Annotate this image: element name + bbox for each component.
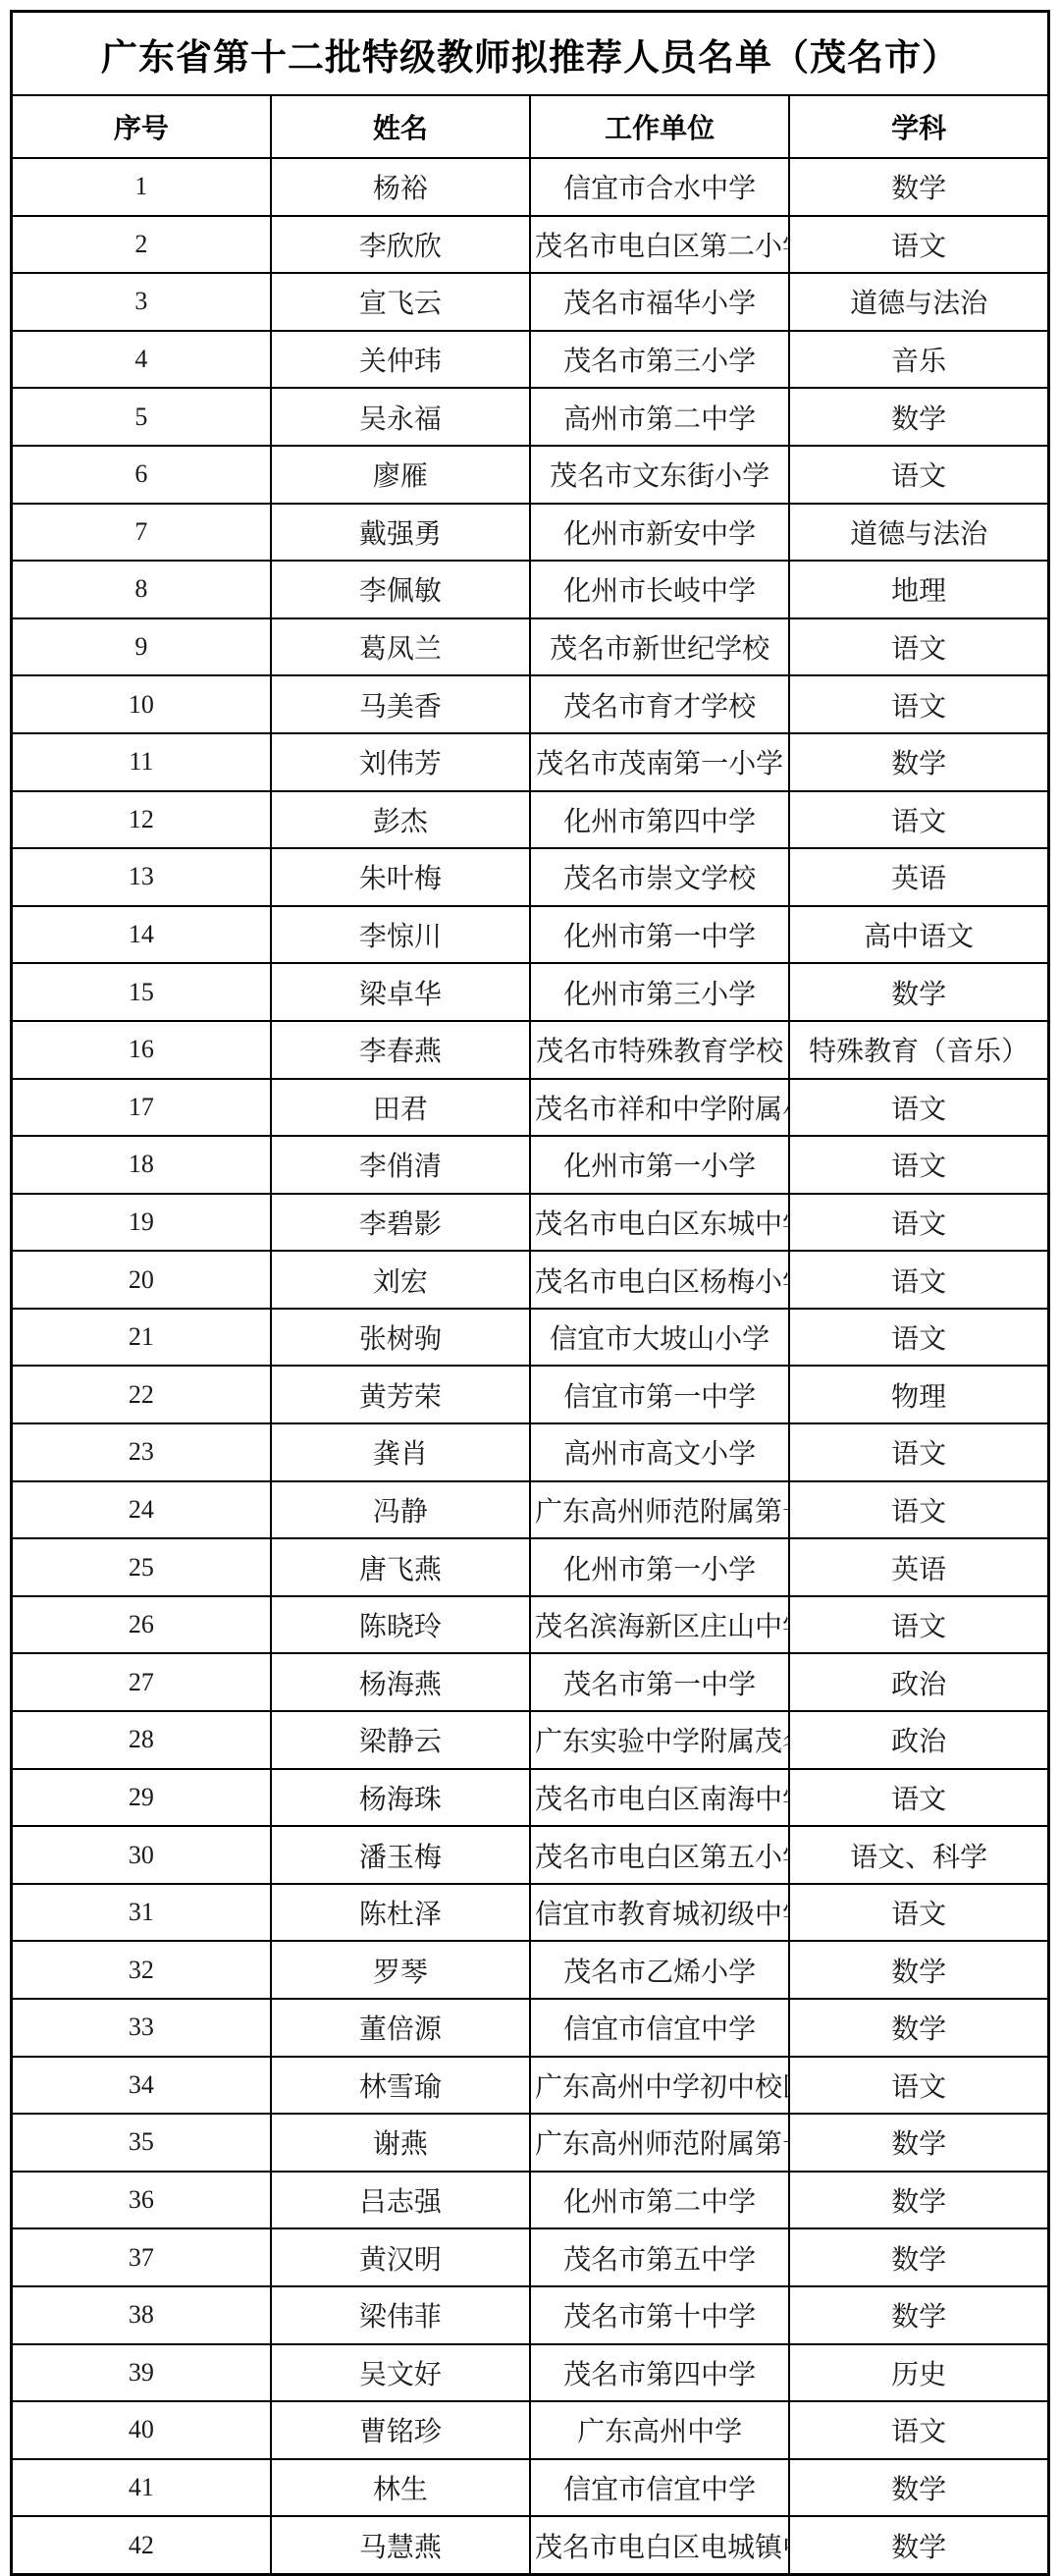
cell-work-unit: 信宜市信宜中学 [530, 2459, 789, 2517]
table-row: 15梁卓华化州市第三小学数学 [12, 963, 1049, 1021]
table-row: 5吴永福高州市第二中学数学 [12, 388, 1049, 446]
table-row: 19李碧影茂名市电白区东城中学语文 [12, 1194, 1049, 1252]
cell-serial: 39 [12, 2344, 271, 2402]
cell-name: 李佩敏 [271, 561, 530, 618]
cell-subject: 物理 [789, 1366, 1048, 1423]
cell-work-unit: 茂名市育才学校 [530, 675, 789, 733]
cell-serial: 13 [12, 848, 271, 906]
cell-serial: 2 [12, 216, 271, 274]
cell-name: 陈杜泽 [271, 1884, 530, 1942]
cell-subject: 数学 [789, 158, 1048, 216]
cell-subject: 语文 [789, 618, 1048, 676]
cell-serial: 41 [12, 2459, 271, 2517]
cell-work-unit: 信宜市合水中学 [530, 158, 789, 216]
cell-serial: 30 [12, 1826, 271, 1884]
table-row: 41林生信宜市信宜中学数学 [12, 2459, 1049, 2517]
cell-subject: 语文 [789, 2401, 1048, 2459]
cell-serial: 14 [12, 906, 271, 964]
cell-name: 谢燕 [271, 2114, 530, 2172]
cell-work-unit: 信宜市第一中学 [530, 1366, 789, 1423]
column-header-work-unit: 工作单位 [530, 95, 789, 158]
cell-name: 刘伟芳 [271, 733, 530, 791]
cell-name: 冯静 [271, 1481, 530, 1539]
cell-name: 梁卓华 [271, 963, 530, 1021]
cell-work-unit: 茂名市第三小学 [530, 331, 789, 389]
cell-serial: 1 [12, 158, 271, 216]
cell-work-unit: 茂名市第五中学 [530, 2228, 789, 2286]
cell-serial: 18 [12, 1136, 271, 1194]
cell-subject: 语文 [789, 2057, 1048, 2115]
cell-name: 黄芳荣 [271, 1366, 530, 1423]
cell-subject: 语文 [789, 675, 1048, 733]
table-row: 6廖雁茂名市文东街小学语文 [12, 446, 1049, 504]
cell-subject: 语文 [789, 446, 1048, 504]
cell-subject: 语文 [789, 216, 1048, 274]
cell-work-unit: 广东高州中学 [530, 2401, 789, 2459]
table-row: 34林雪瑜广东高州中学初中校区语文 [12, 2057, 1049, 2115]
cell-serial: 24 [12, 1481, 271, 1539]
cell-name: 戴强勇 [271, 504, 530, 562]
cell-name: 李惊川 [271, 906, 530, 964]
cell-name: 吴文好 [271, 2344, 530, 2402]
cell-serial: 8 [12, 561, 271, 618]
table-row: 28梁静云广东实验中学附属茂名学校政治 [12, 1711, 1049, 1769]
table-row: 17田君茂名市祥和中学附属小学语文 [12, 1079, 1049, 1137]
table-row: 7戴强勇化州市新安中学道德与法治 [12, 504, 1049, 562]
cell-subject: 语文 [789, 1136, 1048, 1194]
teacher-roster-table: 广东省第十二批特级教师拟推荐人员名单（茂名市） 序号姓名工作单位学科 1杨裕信宜… [10, 10, 1050, 2576]
cell-subject: 数学 [789, 963, 1048, 1021]
cell-serial: 34 [12, 2057, 271, 2115]
cell-subject: 政治 [789, 1711, 1048, 1769]
cell-subject: 数学 [789, 1999, 1048, 2057]
cell-serial: 38 [12, 2286, 271, 2344]
cell-serial: 21 [12, 1309, 271, 1367]
cell-work-unit: 化州市长岐中学 [530, 561, 789, 618]
cell-name: 廖雁 [271, 446, 530, 504]
cell-subject: 特殊教育（音乐） [789, 1021, 1048, 1079]
cell-serial: 3 [12, 273, 271, 331]
cell-serial: 31 [12, 1884, 271, 1942]
cell-name: 林生 [271, 2459, 530, 2517]
table-row: 38梁伟菲茂名市第十中学数学 [12, 2286, 1049, 2344]
cell-work-unit: 茂名市特殊教育学校 [530, 1021, 789, 1079]
table-row: 23龚肖高州市高文小学语文 [12, 1423, 1049, 1481]
cell-work-unit: 茂名市第十中学 [530, 2286, 789, 2344]
cell-name: 杨海燕 [271, 1653, 530, 1711]
cell-subject: 语文 [789, 791, 1048, 849]
table-row: 4关仲玮茂名市第三小学音乐 [12, 331, 1049, 389]
cell-name: 马慧燕 [271, 2516, 530, 2574]
cell-serial: 42 [12, 2516, 271, 2574]
cell-serial: 26 [12, 1596, 271, 1654]
cell-serial: 4 [12, 331, 271, 389]
page-title: 广东省第十二批特级教师拟推荐人员名单（茂名市） [12, 12, 1049, 96]
cell-subject: 数学 [789, 2172, 1048, 2229]
cell-name: 潘玉梅 [271, 1826, 530, 1884]
table-row: 27杨海燕茂名市第一中学政治 [12, 1653, 1049, 1711]
cell-name: 曹铭珍 [271, 2401, 530, 2459]
cell-work-unit: 广东高州师范附属第一小学 [530, 2114, 789, 2172]
cell-name: 李碧影 [271, 1194, 530, 1252]
table-row: 8李佩敏化州市长岐中学地理 [12, 561, 1049, 618]
cell-work-unit: 茂名市祥和中学附属小学 [530, 1079, 789, 1137]
cell-work-unit: 高州市高文小学 [530, 1423, 789, 1481]
cell-name: 彭杰 [271, 791, 530, 849]
cell-subject: 语文 [789, 1194, 1048, 1252]
table-row: 22黄芳荣信宜市第一中学物理 [12, 1366, 1049, 1423]
cell-work-unit: 茂名市第一中学 [530, 1653, 789, 1711]
cell-work-unit: 广东实验中学附属茂名学校 [530, 1711, 789, 1769]
cell-work-unit: 茂名市电白区第二小学 [530, 216, 789, 274]
cell-serial: 20 [12, 1251, 271, 1309]
table-row: 25唐飞燕化州市第一小学英语 [12, 1538, 1049, 1596]
table-row: 30潘玉梅茂名市电白区第五小学语文、科学 [12, 1826, 1049, 1884]
header-row: 序号姓名工作单位学科 [12, 95, 1049, 158]
table-row: 9葛凤兰茂名市新世纪学校语文 [12, 618, 1049, 676]
cell-subject: 音乐 [789, 331, 1048, 389]
table-row: 1杨裕信宜市合水中学数学 [12, 158, 1049, 216]
cell-name: 朱叶梅 [271, 848, 530, 906]
table-row: 16李春燕茂名市特殊教育学校特殊教育（音乐） [12, 1021, 1049, 1079]
cell-subject: 英语 [789, 1538, 1048, 1596]
cell-name: 杨裕 [271, 158, 530, 216]
cell-name: 田君 [271, 1079, 530, 1137]
cell-work-unit: 茂名市福华小学 [530, 273, 789, 331]
cell-work-unit: 高州市第二中学 [530, 388, 789, 446]
cell-work-unit: 茂名市电白区电城镇中心小学 [530, 2516, 789, 2574]
cell-name: 刘宏 [271, 1251, 530, 1309]
cell-subject: 数学 [789, 2286, 1048, 2344]
cell-work-unit: 化州市第一中学 [530, 906, 789, 964]
cell-work-unit: 信宜市大坡山小学 [530, 1309, 789, 1367]
table-row: 29杨海珠茂名市电白区南海中学语文 [12, 1769, 1049, 1827]
cell-work-unit: 茂名市第四中学 [530, 2344, 789, 2402]
cell-work-unit: 茂名市电白区东城中学 [530, 1194, 789, 1252]
table-row: 32罗琴茂名市乙烯小学数学 [12, 1941, 1049, 1999]
cell-subject: 语文 [789, 1769, 1048, 1827]
cell-work-unit: 化州市第一小学 [530, 1136, 789, 1194]
title-row: 广东省第十二批特级教师拟推荐人员名单（茂名市） [12, 12, 1049, 96]
cell-subject: 历史 [789, 2344, 1048, 2402]
table-row: 20刘宏茂名市电白区杨梅小学语文 [12, 1251, 1049, 1309]
cell-work-unit: 化州市第一小学 [530, 1538, 789, 1596]
column-header-serial: 序号 [12, 95, 271, 158]
cell-work-unit: 广东高州中学初中校区 [530, 2057, 789, 2115]
cell-subject: 数学 [789, 388, 1048, 446]
cell-name: 陈晓玲 [271, 1596, 530, 1654]
table-row: 2李欣欣茂名市电白区第二小学语文 [12, 216, 1049, 274]
table-row: 13朱叶梅茂名市崇文学校英语 [12, 848, 1049, 906]
table-row: 12彭杰化州市第四中学语文 [12, 791, 1049, 849]
cell-subject: 语文 [789, 1423, 1048, 1481]
cell-serial: 37 [12, 2228, 271, 2286]
cell-serial: 17 [12, 1079, 271, 1137]
cell-serial: 35 [12, 2114, 271, 2172]
cell-name: 吕志强 [271, 2172, 530, 2229]
cell-subject: 数学 [789, 2459, 1048, 2517]
cell-subject: 道德与法治 [789, 504, 1048, 562]
cell-serial: 10 [12, 675, 271, 733]
table-row: 11刘伟芳茂名市茂南第一小学数学 [12, 733, 1049, 791]
cell-subject: 语文 [789, 1309, 1048, 1367]
table-row: 21张树驹信宜市大坡山小学语文 [12, 1309, 1049, 1367]
cell-work-unit: 茂名市电白区南海中学 [530, 1769, 789, 1827]
table-row: 14李惊川化州市第一中学高中语文 [12, 906, 1049, 964]
cell-name: 龚肖 [271, 1423, 530, 1481]
cell-serial: 16 [12, 1021, 271, 1079]
cell-name: 董倍源 [271, 1999, 530, 2057]
cell-work-unit: 化州市第三小学 [530, 963, 789, 1021]
table-row: 37黄汉明茂名市第五中学数学 [12, 2228, 1049, 2286]
document-page: 广东省第十二批特级教师拟推荐人员名单（茂名市） 序号姓名工作单位学科 1杨裕信宜… [0, 0, 1060, 2498]
cell-name: 吴永福 [271, 388, 530, 446]
cell-work-unit: 信宜市信宜中学 [530, 1999, 789, 2057]
cell-work-unit: 茂名市崇文学校 [530, 848, 789, 906]
table-row: 3宣飞云茂名市福华小学道德与法治 [12, 273, 1049, 331]
cell-work-unit: 茂名市电白区杨梅小学 [530, 1251, 789, 1309]
cell-work-unit: 化州市新安中学 [530, 504, 789, 562]
cell-subject: 道德与法治 [789, 273, 1048, 331]
column-header-name: 姓名 [271, 95, 530, 158]
cell-subject: 数学 [789, 733, 1048, 791]
cell-serial: 23 [12, 1423, 271, 1481]
cell-serial: 32 [12, 1941, 271, 1999]
cell-work-unit: 茂名市新世纪学校 [530, 618, 789, 676]
cell-subject: 语文 [789, 1079, 1048, 1137]
column-header-subject: 学科 [789, 95, 1048, 158]
cell-serial: 22 [12, 1366, 271, 1423]
table-row: 39吴文好茂名市第四中学历史 [12, 2344, 1049, 2402]
cell-name: 梁静云 [271, 1711, 530, 1769]
table-row: 31陈杜泽信宜市教育城初级中学语文 [12, 1884, 1049, 1942]
table-row: 35谢燕广东高州师范附属第一小学数学 [12, 2114, 1049, 2172]
cell-subject: 语文 [789, 1251, 1048, 1309]
cell-name: 梁伟菲 [271, 2286, 530, 2344]
cell-serial: 36 [12, 2172, 271, 2229]
cell-name: 罗琴 [271, 1941, 530, 1999]
cell-work-unit: 茂名市茂南第一小学 [530, 733, 789, 791]
cell-subject: 高中语文 [789, 906, 1048, 964]
table-row: 10马美香茂名市育才学校语文 [12, 675, 1049, 733]
cell-subject: 英语 [789, 848, 1048, 906]
cell-work-unit: 信宜市教育城初级中学 [530, 1884, 789, 1942]
cell-work-unit: 化州市第二中学 [530, 2172, 789, 2229]
table-row: 18李俏清化州市第一小学语文 [12, 1136, 1049, 1194]
cell-work-unit: 广东高州师范附属第一小学 [530, 1481, 789, 1539]
cell-name: 马美香 [271, 675, 530, 733]
cell-name: 林雪瑜 [271, 2057, 530, 2115]
cell-serial: 40 [12, 2401, 271, 2459]
cell-name: 宣飞云 [271, 273, 530, 331]
table-row: 36吕志强化州市第二中学数学 [12, 2172, 1049, 2229]
cell-serial: 11 [12, 733, 271, 791]
cell-work-unit: 化州市第四中学 [530, 791, 789, 849]
table-row: 26陈晓玲茂名滨海新区庄山中学语文 [12, 1596, 1049, 1654]
cell-name: 唐飞燕 [271, 1538, 530, 1596]
cell-subject: 语文 [789, 1884, 1048, 1942]
cell-name: 张树驹 [271, 1309, 530, 1367]
cell-serial: 12 [12, 791, 271, 849]
table-row: 24冯静广东高州师范附属第一小学语文 [12, 1481, 1049, 1539]
cell-serial: 27 [12, 1653, 271, 1711]
cell-serial: 29 [12, 1769, 271, 1827]
cell-subject: 数学 [789, 2516, 1048, 2574]
cell-subject: 语文 [789, 1481, 1048, 1539]
cell-name: 黄汉明 [271, 2228, 530, 2286]
cell-subject: 地理 [789, 561, 1048, 618]
cell-name: 葛凤兰 [271, 618, 530, 676]
cell-serial: 7 [12, 504, 271, 562]
cell-name: 李俏清 [271, 1136, 530, 1194]
cell-work-unit: 茂名市电白区第五小学 [530, 1826, 789, 1884]
cell-subject: 语文、科学 [789, 1826, 1048, 1884]
cell-subject: 语文 [789, 1596, 1048, 1654]
table-row: 40曹铭珍广东高州中学语文 [12, 2401, 1049, 2459]
cell-serial: 9 [12, 618, 271, 676]
cell-name: 李春燕 [271, 1021, 530, 1079]
cell-subject: 数学 [789, 2228, 1048, 2286]
cell-work-unit: 茂名市乙烯小学 [530, 1941, 789, 1999]
cell-name: 杨海珠 [271, 1769, 530, 1827]
cell-serial: 19 [12, 1194, 271, 1252]
cell-subject: 政治 [789, 1653, 1048, 1711]
cell-serial: 6 [12, 446, 271, 504]
cell-serial: 25 [12, 1538, 271, 1596]
cell-work-unit: 茂名滨海新区庄山中学 [530, 1596, 789, 1654]
cell-subject: 数学 [789, 2114, 1048, 2172]
cell-work-unit: 茂名市文东街小学 [530, 446, 789, 504]
cell-subject: 数学 [789, 1941, 1048, 1999]
cell-serial: 15 [12, 963, 271, 1021]
cell-serial: 33 [12, 1999, 271, 2057]
table-row: 33董倍源信宜市信宜中学数学 [12, 1999, 1049, 2057]
cell-name: 关仲玮 [271, 331, 530, 389]
table-row: 42马慧燕茂名市电白区电城镇中心小学数学 [12, 2516, 1049, 2574]
cell-serial: 28 [12, 1711, 271, 1769]
cell-name: 李欣欣 [271, 216, 530, 274]
cell-serial: 5 [12, 388, 271, 446]
